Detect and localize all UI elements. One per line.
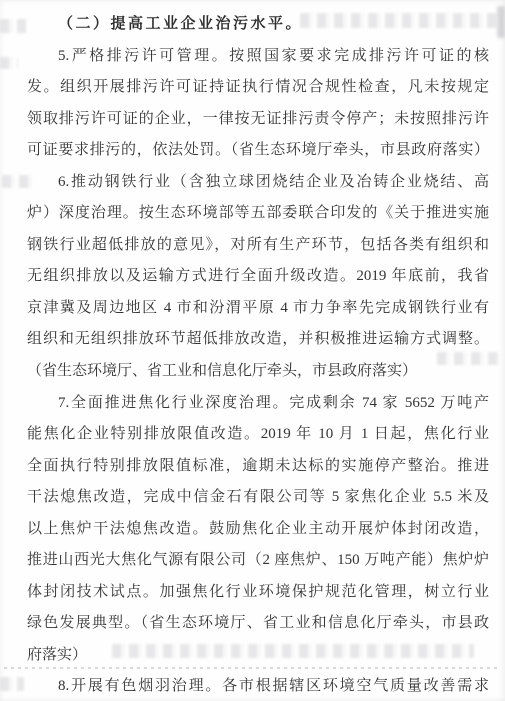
- text-line: 体封闭技术试点。加强焦化行业环境保护规范化管理，树立行业: [27, 577, 489, 609]
- text-line: 绿色发展典型。（省生态环境厅、省工业和信息化厅牵头，市县政: [27, 608, 489, 640]
- paragraph-6-line: 6.推动钢铁行业（含独立球团烧结企业及冶铸企业烧结、高: [27, 167, 489, 199]
- paragraph-8-line: 8.开展有色烟羽治理。各市根据辖区环境空气质量改善需求: [27, 671, 489, 701]
- bleed-through-smudge: [0, 677, 24, 691]
- document-text-block: （二）提高工业企业治污水平。 5.严格排污许可管理。按照国家要求完成排污许可证的…: [27, 9, 489, 701]
- text-line: 推进山西光大焦化气源有限公司（2 座焦炉、150 万吨产能）焦炉炉: [27, 545, 489, 577]
- text-line: （省生态环境厅、省工业和信息化厅牵头，市县政府落实）: [27, 356, 489, 388]
- text-line: 京津冀及周边地区 4 市和汾渭平原 4 市力争率先完成钢铁行业有: [27, 293, 489, 325]
- text-line: 领取排污许可证的企业，一律按无证排污责令停产；未按照排污许: [27, 104, 489, 136]
- text-line: 以上焦炉干法熄焦改造。鼓励焦化企业主动开展炉体封闭改造，: [27, 514, 489, 546]
- paragraph-5-line: 5.严格排污许可管理。按照国家要求完成排污许可证的核: [27, 41, 489, 73]
- text-line: 无组织排放以及运输方式进行全面升级改造。2019 年底前，我省: [27, 261, 489, 293]
- text-line: 发。组织开展排污许可证持证执行情况合规性检查，凡未按规定: [27, 72, 489, 104]
- scanned-document-page: （二）提高工业企业治污水平。 5.严格排污许可管理。按照国家要求完成排污许可证的…: [0, 0, 505, 701]
- bleed-through-smudge: [0, 19, 26, 33]
- text-line: 全面执行特别排放限值标准，逾期未达标的实施停产整治。推进: [27, 451, 489, 483]
- text-line: 能焦化企业特别排放限值改造。2019 年 10 月 1 日起，焦化行业: [27, 419, 489, 451]
- scan-edge-mark: [497, 6, 505, 38]
- text-line: 可证要求排污的，依法处罚。（省生态环境厅牵头，市县政府落实）: [27, 135, 489, 167]
- text-line: 钢铁行业超低排放的意见》，对所有生产环节，包括各类有组织和: [27, 230, 489, 262]
- text-line: 炉）深度治理。按生态环境部等五部委联合印发的《关于推进实施: [27, 198, 489, 230]
- paragraph-7-line: 7.全面推进焦化行业深度治理。完成剩余 74 家 5652 万吨产: [27, 388, 489, 420]
- text-line: 府落实）: [27, 640, 489, 672]
- bleed-through-smudge: [0, 57, 18, 69]
- section-heading: （二）提高工业企业治污水平。: [27, 9, 489, 41]
- text-line: 组织和无组织排放环节超低排放改造，并积极推进运输方式调整。: [27, 324, 489, 356]
- text-line: 干法熄焦改造，完成中信金石有限公司等 5 家焦化企业 5.5 米及: [27, 482, 489, 514]
